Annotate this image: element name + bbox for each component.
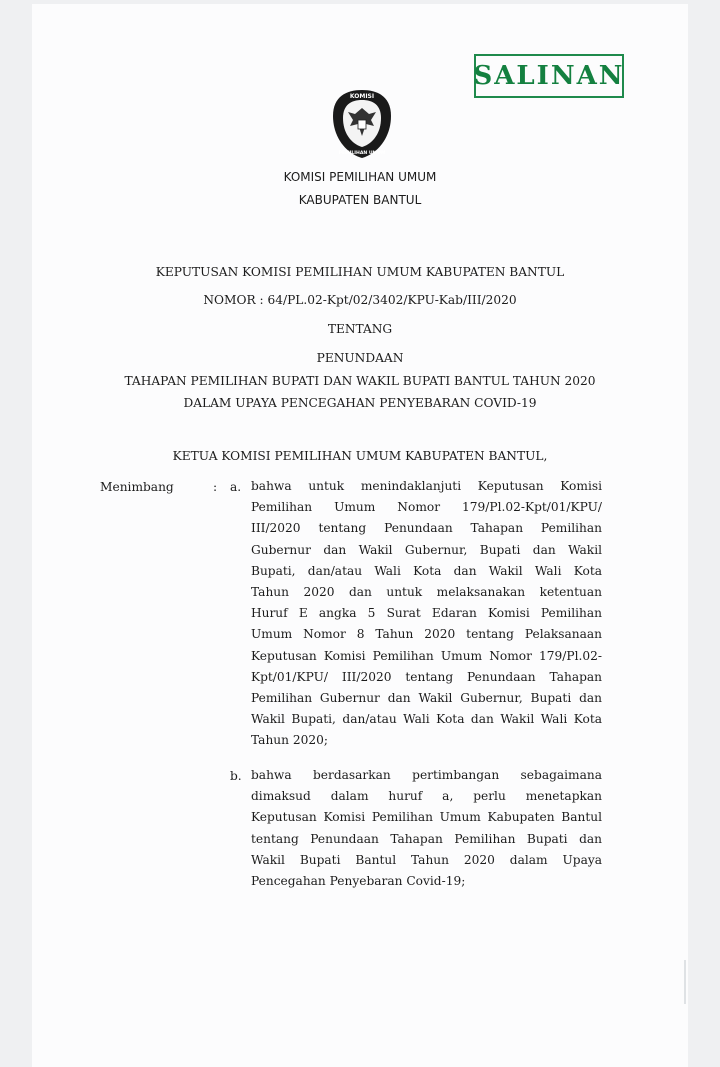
paragraph-line: Umum Nomor 8 Tahun 2020 tentang Pelaksan… bbox=[251, 624, 602, 645]
paragraph-line: Keputusan Komisi Pemilihan Umum Kabupate… bbox=[251, 807, 602, 828]
paragraph-line: tentang Penundaan Tahapan Pemilihan Bupa… bbox=[251, 829, 602, 850]
stamp-text: SALINAN bbox=[473, 61, 624, 91]
considering-colon: : bbox=[213, 480, 217, 494]
svg-text:KOMISI: KOMISI bbox=[350, 93, 374, 100]
salinan-stamp: SALINAN bbox=[474, 54, 624, 98]
paragraph-line: bahwa untuk menindaklanjuti Keputusan Ko… bbox=[251, 476, 602, 497]
considering-label: Menimbang bbox=[100, 480, 174, 494]
paragraph-line: Bupati, dan/atau Wali Kota dan Wakil Wal… bbox=[251, 561, 602, 582]
decree-issuer: KETUA KOMISI PEMILIHAN UMUM KABUPATEN BA… bbox=[0, 449, 720, 463]
paragraph-line: Huruf E angka 5 Surat Edaran Komisi Pemi… bbox=[251, 603, 602, 624]
decree-subject-line1: PENUNDAAN bbox=[0, 351, 720, 365]
org-name-line2: KABUPATEN BANTUL bbox=[0, 193, 720, 207]
decree-about-label: TENTANG bbox=[0, 322, 720, 336]
paragraph-line: Tahun 2020 dan untuk melaksanakan ketent… bbox=[251, 582, 602, 603]
item-a-paragraph: bahwa untuk menindaklanjuti Keputusan Ko… bbox=[251, 476, 602, 752]
paragraph-line: dimaksud dalam huruf a, perlu menetapkan bbox=[251, 786, 602, 807]
paragraph-line: bahwa berdasarkan pertimbangan sebagaima… bbox=[251, 765, 602, 786]
paragraph-line: Gubernur dan Wakil Gubernur, Bupati dan … bbox=[251, 540, 602, 561]
kpu-emblem-icon: KOMISI PEMILIHAN UMUM bbox=[331, 88, 393, 160]
item-b-paragraph: bahwa berdasarkan pertimbangan sebagaima… bbox=[251, 765, 602, 892]
paragraph-line: Wakil Bupati, dan/atau Wali Kota dan Wak… bbox=[251, 709, 602, 730]
paragraph-line: Pencegahan Penyebaran Covid-19; bbox=[251, 871, 602, 892]
org-name-line1: KOMISI PEMILIHAN UMUM bbox=[0, 170, 720, 184]
decree-title: KEPUTUSAN KOMISI PEMILIHAN UMUM KABUPATE… bbox=[0, 265, 720, 279]
item-a-letter: a. bbox=[230, 480, 241, 494]
paragraph-line: III/2020 tentang Penundaan Tahapan Pemil… bbox=[251, 518, 602, 539]
svg-text:PEMILIHAN UMUM: PEMILIHAN UMUM bbox=[339, 150, 386, 156]
paragraph-line: Pemilihan Umum Nomor 179/Pl.02-Kpt/01/KP… bbox=[251, 497, 602, 518]
paragraph-line: Pemilihan Gubernur dan Wakil Gubernur, B… bbox=[251, 688, 602, 709]
item-b-letter: b. bbox=[230, 769, 242, 783]
decree-subject-line2: TAHAPAN PEMILIHAN BUPATI DAN WAKIL BUPAT… bbox=[0, 374, 720, 388]
paragraph-line: Kpt/01/KPU/ III/2020 tentang Penundaan T… bbox=[251, 667, 602, 688]
scrollbar[interactable] bbox=[684, 960, 686, 1004]
decree-number: NOMOR : 64/PL.02-Kpt/02/3402/KPU-Kab/III… bbox=[0, 293, 720, 307]
paragraph-line: Keputusan Komisi Pemilihan Umum Nomor 17… bbox=[251, 646, 602, 667]
paragraph-line: Wakil Bupati Bantul Tahun 2020 dalam Upa… bbox=[251, 850, 602, 871]
paragraph-line: Tahun 2020; bbox=[251, 730, 602, 751]
decree-subject-line3: DALAM UPAYA PENCEGAHAN PENYEBARAN COVID-… bbox=[0, 396, 720, 410]
